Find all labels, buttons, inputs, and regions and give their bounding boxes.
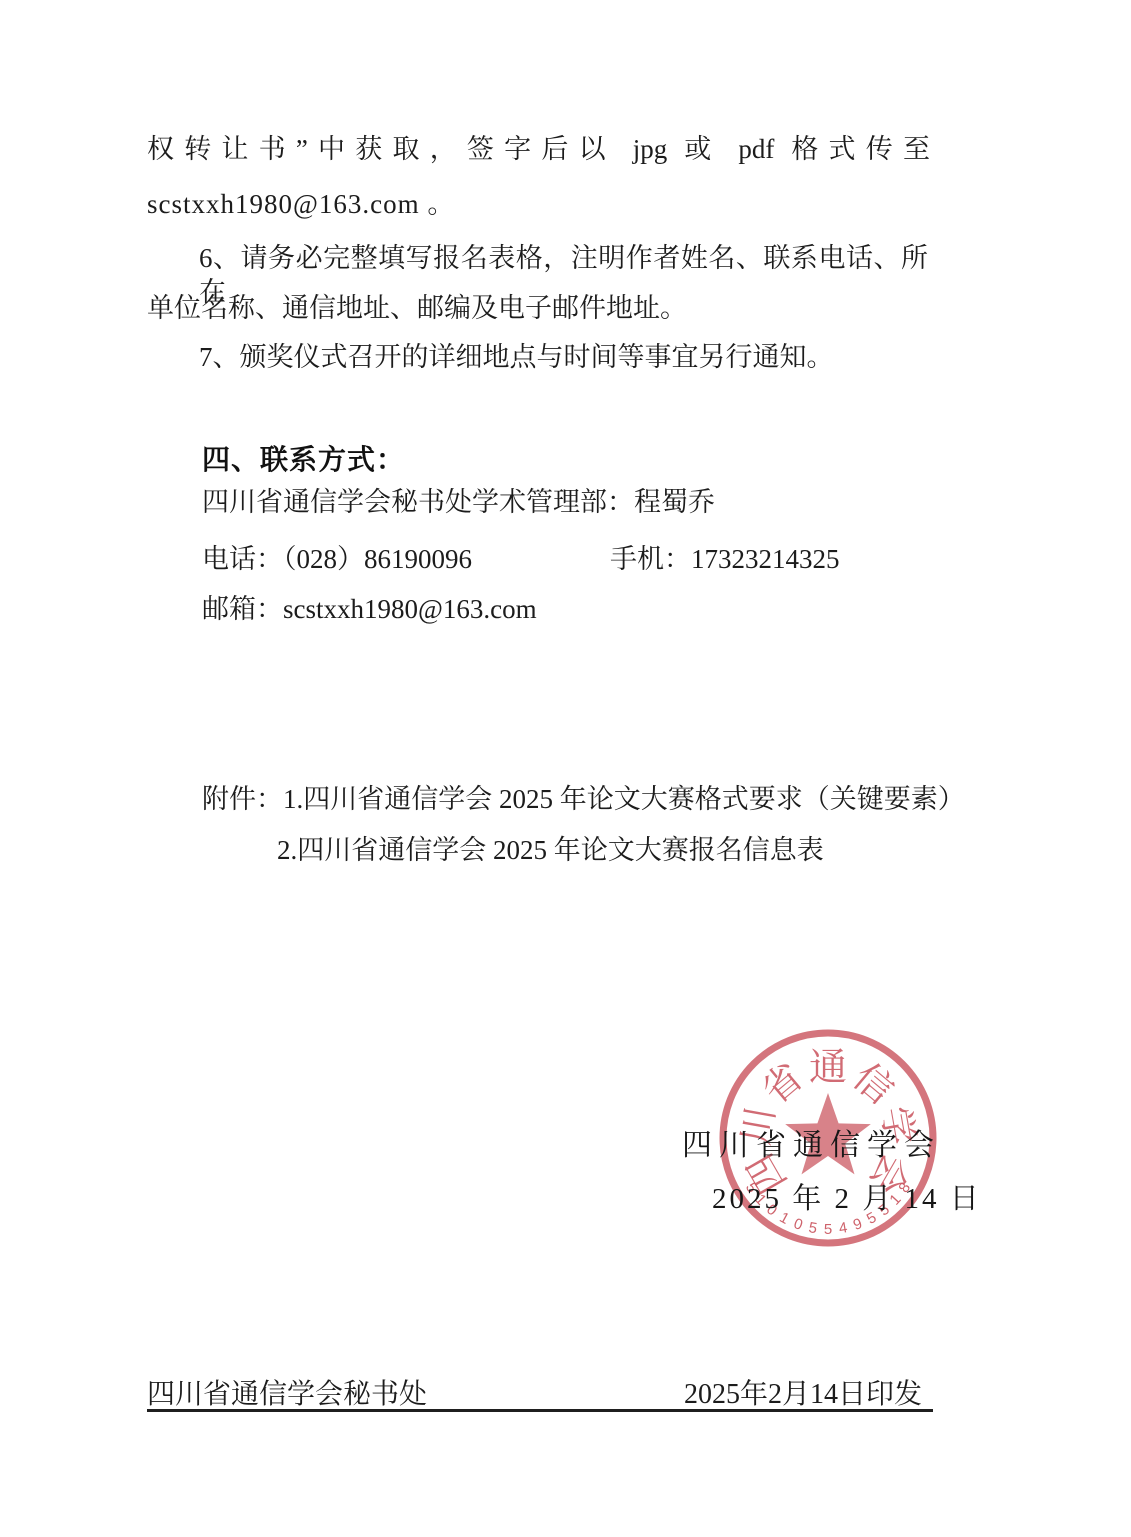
attachment-item-1: 1.四川省通信学会 2025 年论文大赛格式要求（关键要素） [283, 784, 965, 814]
footer-divider [147, 1409, 933, 1412]
phone-number: （028）86190096 [283, 544, 472, 574]
contact-person: 四川省通信学会秘书处学术管理部：程蜀乔 [202, 486, 715, 520]
attachments-label: 附件： [202, 784, 283, 814]
mobile-cell: 手机：17323214325 [610, 537, 840, 576]
svg-text:4: 4 [838, 1219, 849, 1237]
mobile-label: 手机： [610, 544, 691, 574]
svg-text:信: 信 [845, 1056, 901, 1113]
body-item7: 7、颁奖仪式召开的详细地点与时间等事宜另行通知。 [199, 341, 834, 375]
email-address: scstxxh1980@163.com [283, 594, 537, 624]
svg-text:9: 9 [851, 1215, 864, 1234]
contact-email-row: 邮箱：scstxxh1980@163.com [202, 587, 537, 626]
svg-text:0: 0 [791, 1215, 804, 1234]
svg-text:通: 通 [809, 1047, 847, 1089]
signature-date: 2025 年 2 月 14 日 [712, 1176, 982, 1217]
body-item6-line2: 单位名称、通信地址、邮编及电子邮件地址。 [147, 292, 687, 326]
footer-print-date: 2025年2月14日印发 [684, 1372, 922, 1412]
footer-issuer: 四川省通信学会秘书处 [147, 1372, 427, 1412]
attachment-item-2: 2.四川省通信学会 2025 年论文大赛报名信息表 [277, 834, 824, 868]
svg-text:5: 5 [824, 1221, 832, 1238]
mobile-number: 17323214325 [691, 544, 840, 574]
contact-section-title: 四、联系方式： [202, 438, 405, 478]
body-line-continuation-1: 权转让书”中获取，签字后以 jpg 或 pdf 格式传至 [147, 133, 930, 167]
phone-label: 电话： [202, 544, 283, 574]
signature-org: 四川省通信学会 [682, 1120, 941, 1164]
attachments-line1: 附件：1.四川省通信学会 2025 年论文大赛格式要求（关键要素） [202, 783, 965, 817]
contact-phone-row: 电话：（028）86190096 手机：17323214325 [202, 537, 932, 571]
email-label: 邮箱： [202, 594, 283, 624]
svg-text:5: 5 [807, 1219, 818, 1237]
svg-text:省: 省 [755, 1056, 811, 1113]
body-line-continuation-2: scstxxh1980@163.com 。 [147, 188, 455, 222]
document-page: 权转让书”中获取，签字后以 jpg 或 pdf 格式传至 scstxxh1980… [0, 0, 1131, 1537]
